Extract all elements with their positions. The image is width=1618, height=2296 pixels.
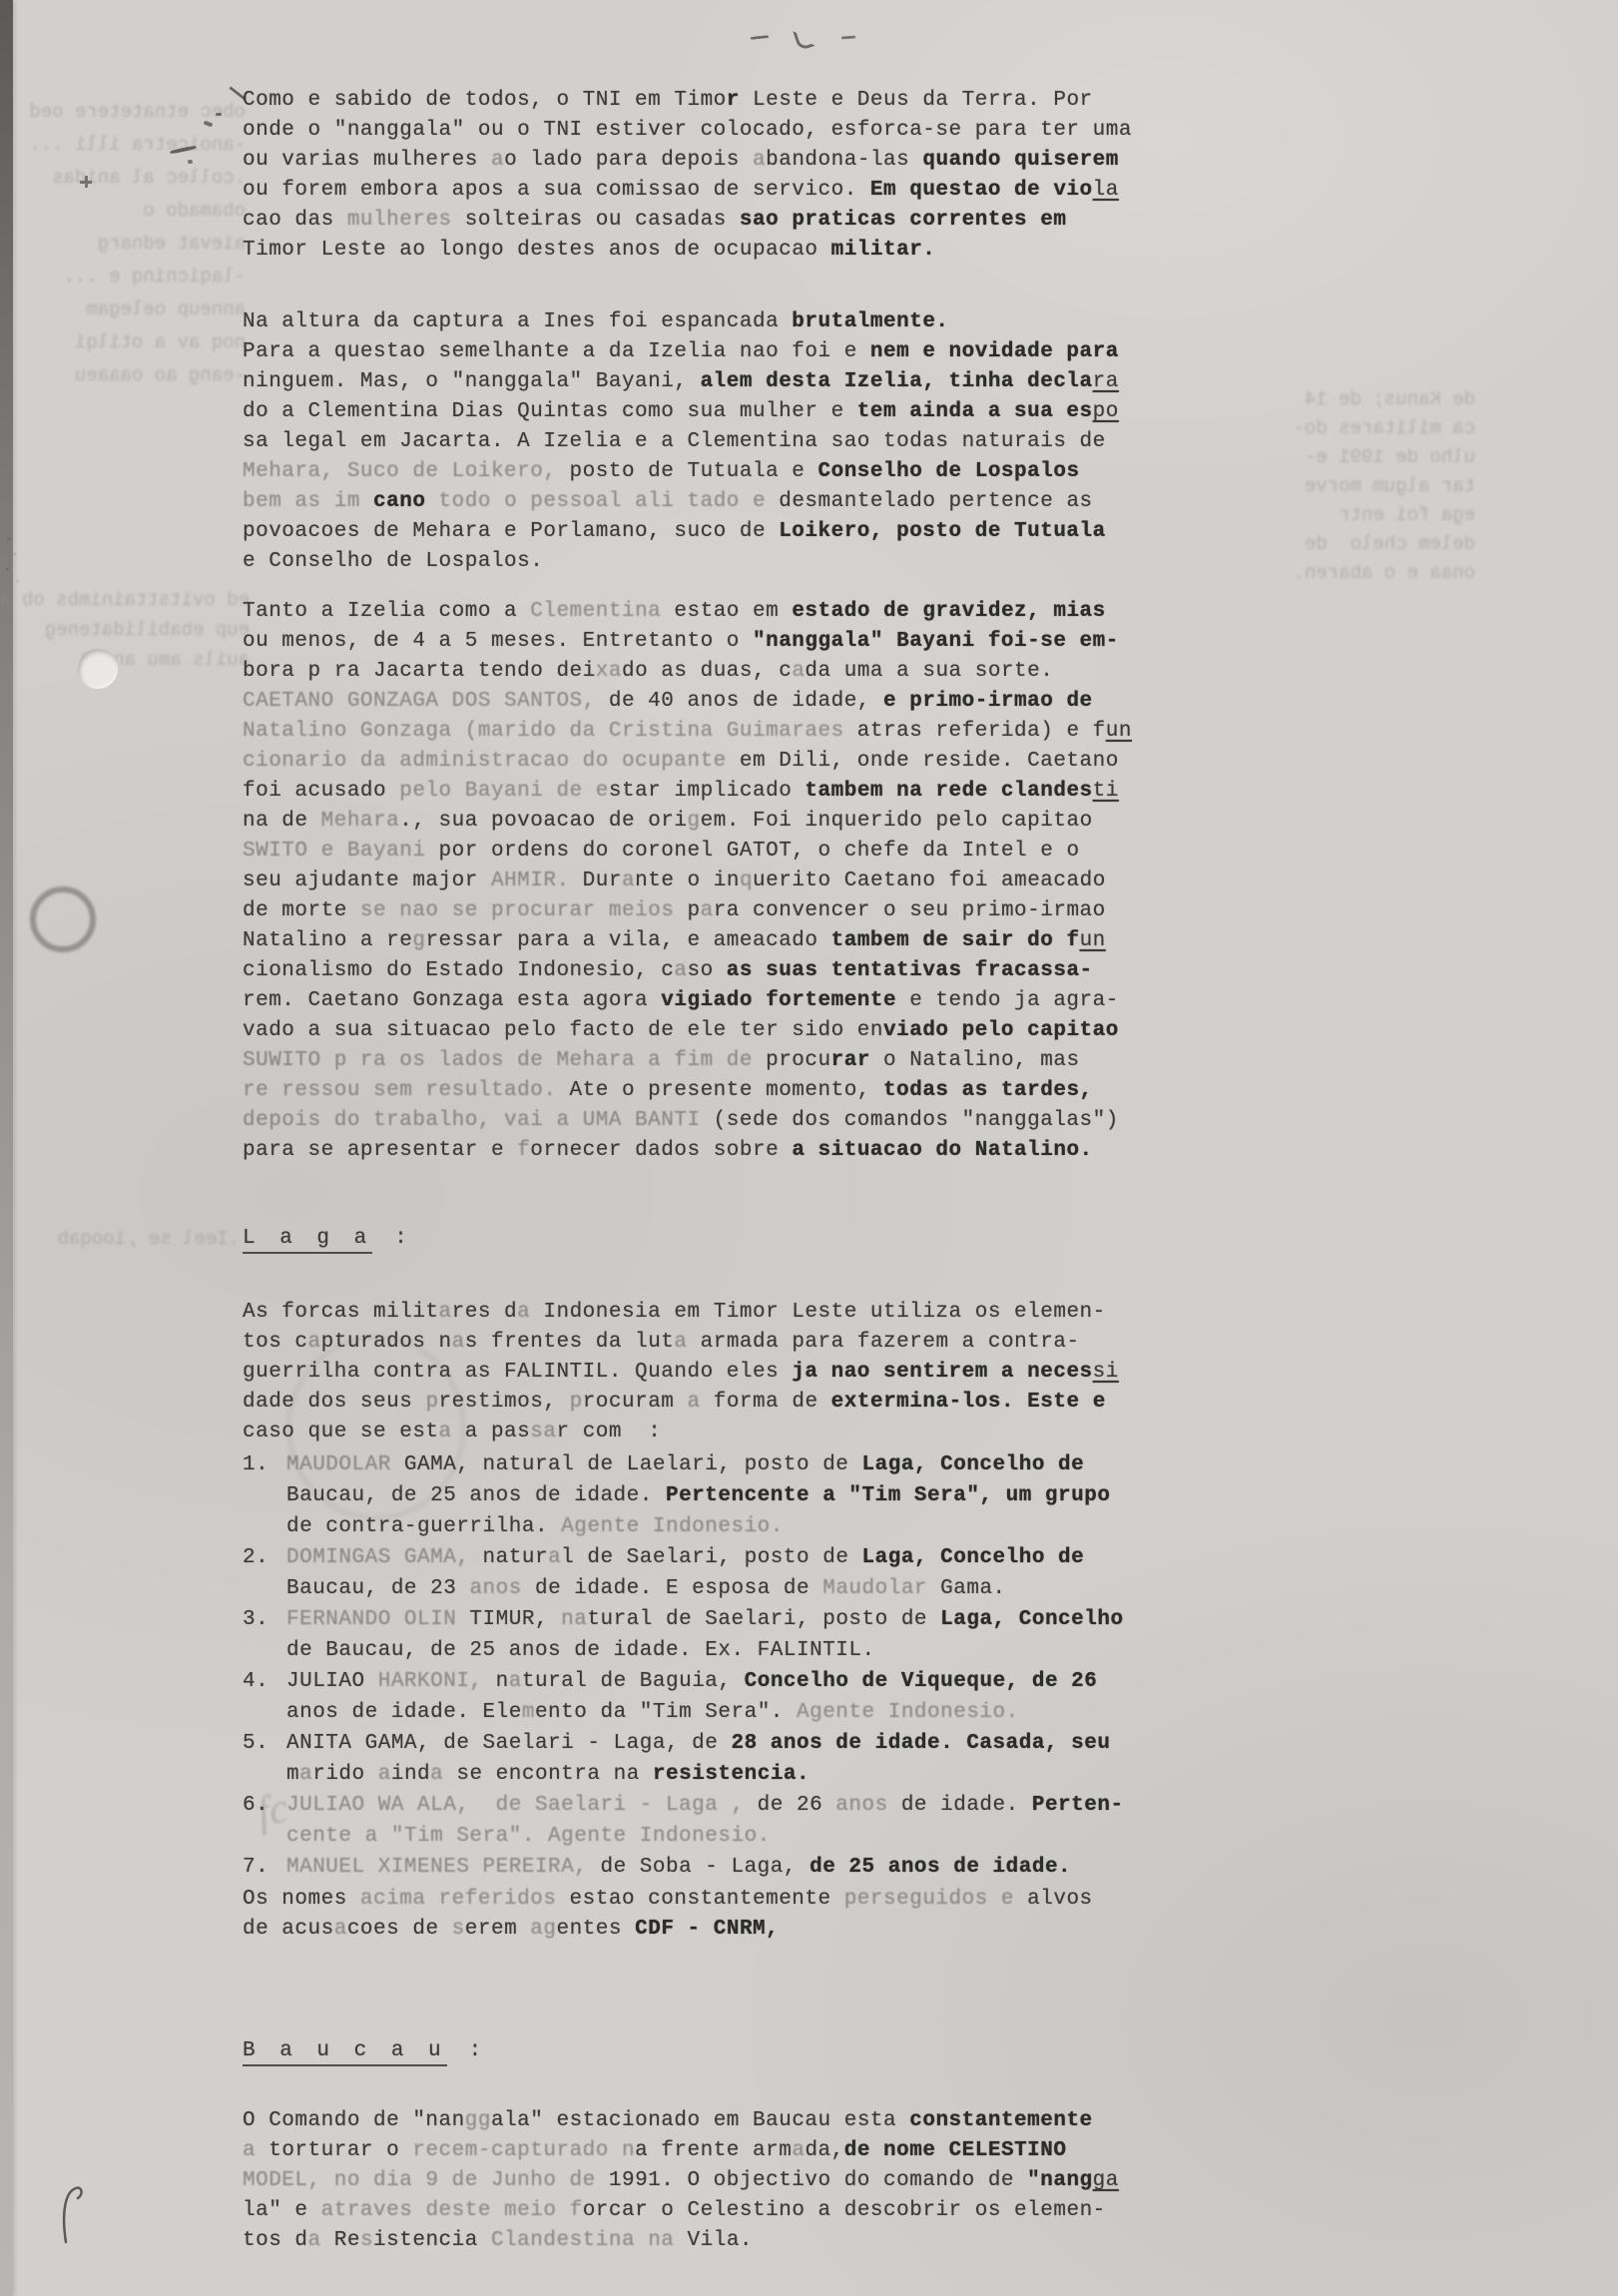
text-line: SUWITO p ra os lados de Mehara a fim de … — [243, 1046, 1161, 1076]
bold-text: cano — [373, 490, 425, 513]
bleed-line: .Ieel se ,iooqab — [50, 1224, 240, 1254]
text-line: ou forem embora apos a sua comissao de s… — [243, 176, 1161, 206]
pen-mark — [188, 160, 193, 164]
pen-stroke-icon — [52, 2182, 86, 2248]
bold-text: Laga, Concelho de — [862, 1546, 1085, 1569]
text-line: cionario da administracao do ocupante em… — [243, 747, 1161, 777]
pen-mark — [793, 26, 815, 51]
text-line: guerrilha contra as FALINTIL. Quando ele… — [243, 1358, 1161, 1388]
bold-text: Concelho de Viqueque, de 26 — [745, 1670, 1098, 1693]
paragraph: O Comando de "nanggala" estacionado em B… — [243, 2106, 1161, 2256]
pen-mark — [841, 36, 855, 40]
text-line: vado a sua situacao pelo facto de ele te… — [243, 1016, 1161, 1046]
faded-text: a — [430, 1763, 443, 1786]
bold-text: CDF - CNRM, — [635, 1918, 779, 1941]
text-line: onde o "nanggala" ou o TNI estiver coloc… — [243, 116, 1161, 146]
bold-text: constantemente — [909, 2109, 1092, 2132]
list-item-number: 6. — [243, 1790, 286, 1852]
text-line: do a Clementina Dias Quintas como sua mu… — [243, 397, 1161, 427]
bleed-line: ca militares do- — [1126, 414, 1475, 443]
underlined-text: un — [1106, 720, 1132, 743]
text-line: para se apresentar e fornecer dados sobr… — [243, 1136, 1161, 1166]
faded-text: a — [792, 2139, 805, 2162]
text-line: de contra-guerrilha. Agente Indonesio. — [286, 1511, 1110, 1542]
hole-punch-shadow-ring — [30, 886, 96, 952]
bold-text: 28 anos de idade. Casada, seu — [731, 1732, 1110, 1755]
underlined-text: la — [1093, 179, 1119, 202]
faded-text: p — [425, 1391, 438, 1414]
pen-mark — [751, 35, 769, 40]
plus-mark — [80, 176, 92, 188]
bold-text: "nanggala" Bayani foi-se em- — [753, 630, 1119, 653]
bold-text: extermina-los. Este e — [831, 1391, 1106, 1414]
bleed-line: aievat ednarg — [28, 228, 246, 261]
text-line: Baucau, de 23 anos de idade. E esposa de… — [286, 1573, 1084, 1604]
faded-text: a — [792, 660, 805, 683]
bold-text: tambem de sair do f — [831, 929, 1080, 952]
faded-text: a — [509, 1670, 522, 1693]
pen-mark — [170, 145, 197, 155]
faded-text: HARKONI, — [378, 1670, 483, 1693]
text-line: JULIAO HARKONI, natural de Baguia, Conce… — [286, 1666, 1097, 1697]
bleed-line: de Kanus; de 14 — [1126, 385, 1475, 414]
bold-text: alem desta Izelia, tinha decla — [701, 370, 1093, 393]
faded-text: a — [674, 959, 687, 982]
list-item-number: 3. — [243, 1604, 286, 1666]
faded-text: Mehara — [321, 810, 400, 833]
text-line: Mehara, Suco de Loikero, posto de Tutual… — [243, 457, 1161, 487]
faded-text: n — [622, 2139, 635, 2162]
text-line: JULIAO WA ALA, de Saelari - Laga , de 26… — [286, 1790, 1124, 1821]
list-item-number: 5. — [243, 1728, 286, 1790]
bleed-line: obec etnatetere oed — [28, 96, 246, 129]
faded-text: MANUEL XIMENES PEREIRA, — [286, 1856, 587, 1879]
text-line: tos da Resistencia Clandestina na Vila. — [243, 2226, 1161, 2256]
faded-text: a — [439, 1421, 452, 1443]
faded-text: a — [701, 899, 714, 922]
faded-text: s — [452, 1918, 465, 1941]
faded-text: a — [334, 1918, 347, 1941]
list-item: 4.JULIAO HARKONI, natural de Baguia, Con… — [243, 1666, 1161, 1728]
faded-text: a — [491, 149, 504, 172]
list-item-body: DOMINGAS GAMA, natural de Saelari, posto… — [286, 1542, 1084, 1604]
faded-text: a — [548, 1546, 561, 1569]
text-line: ou varias mulheres ao lado para depois a… — [243, 146, 1161, 176]
bold-text: brutalmente. — [792, 310, 948, 333]
faded-text: ag — [530, 1918, 556, 1941]
bleed-line: -laqicninq e ... — [28, 261, 246, 293]
paragraph: Na altura da captura a Ines foi espancad… — [243, 307, 1161, 577]
bold-text: de 25 anos de idade. — [809, 1856, 1071, 1879]
faded-text: SWITO e Bayani — [243, 840, 425, 862]
text-line: SWITO e Bayani por ordens do coronel GAT… — [243, 837, 1161, 866]
text-line: cao das mulheres solteiras ou casadas sa… — [243, 206, 1161, 236]
text-line: DOMINGAS GAMA, natural de Saelari, posto… — [286, 1542, 1084, 1573]
faded-text: AHMIR. — [491, 869, 570, 892]
list-item: 6.JULIAO WA ALA, de Saelari - Laga , de … — [243, 1790, 1161, 1852]
text-line: dade dos seus prestimos, procuram a form… — [243, 1388, 1161, 1418]
faded-text: Agente Indonesio. — [797, 1701, 1019, 1724]
faded-text: a — [452, 1331, 465, 1354]
faded-text: FERNANDO OLIN — [286, 1608, 456, 1631]
paragraph: As forcas militares da Indonesia em Timo… — [243, 1298, 1161, 1447]
text-line: bem as im cano todo o pessoal ali tado e… — [243, 487, 1161, 517]
faded-text: Clandestina na — [491, 2229, 674, 2252]
faded-text: JULIAO WA ALA, de Saelari - Laga , — [286, 1794, 745, 1817]
numbered-list: 1.MAUDOLAR GAMA, natural de Laelari, pos… — [243, 1449, 1161, 1883]
faded-text: bem as im — [243, 490, 373, 513]
underlined-text: ra — [1093, 370, 1119, 393]
list-item-body: JULIAO WA ALA, de Saelari - Laga , de 26… — [286, 1790, 1124, 1852]
bold-text: tambem na rede clandes — [805, 780, 1092, 803]
bold-text: militar. — [831, 239, 936, 262]
bold-text: quando quiserem — [922, 149, 1119, 172]
text-line: anos de idade. Elemento da "Tim Sera". A… — [286, 1697, 1097, 1728]
faded-text: a — [622, 869, 635, 892]
page-edge-shadow — [0, 0, 13, 2296]
faded-text: p — [570, 1391, 583, 1414]
bold-text: a situacao do Natalino. — [792, 1139, 1092, 1162]
text-line: la" e atraves deste meio forcar o Celest… — [243, 2196, 1161, 2226]
text-line: MAUDOLAR GAMA, natural de Laelari, posto… — [286, 1449, 1110, 1480]
bold-text: tem ainda a sua es — [857, 400, 1093, 423]
faded-text: Mehara, Suco de Loikero, — [243, 460, 556, 483]
bleed-text: obec etnatetere oed-anoicetra illi ....c… — [28, 96, 246, 392]
bleed-line: eup ebabilidateneg — [26, 615, 250, 645]
faded-text: s — [360, 2229, 373, 2252]
bleed-text: ed ovitsttainimbs ob aonsSeup ebabilidat… — [26, 585, 250, 675]
faded-text: xa — [596, 660, 622, 683]
underlined-text: po — [1093, 400, 1119, 423]
list-item-body: JULIAO HARKONI, natural de Baguia, Conce… — [286, 1666, 1097, 1728]
faded-text: na — [561, 1608, 587, 1631]
heading-text: L a g a — [243, 1227, 372, 1254]
list-item-number: 1. — [243, 1449, 286, 1542]
faded-text: acima referidos — [360, 1888, 557, 1911]
text-line: CAETANO GONZAGA DOS SANTOS, de 40 anos d… — [243, 687, 1161, 717]
faded-text: m — [522, 1701, 535, 1724]
bleed-line: onaa e o abaren. — [1126, 559, 1475, 588]
text-line: O Comando de "nanggala" estacionado em B… — [243, 2106, 1161, 2136]
bold-text: vigiado fortemente — [661, 989, 896, 1012]
text-line: Na altura da captura a Ines foi espancad… — [243, 307, 1161, 337]
section-heading: B a u c a u: — [243, 2036, 1161, 2066]
faded-text: q — [740, 869, 753, 892]
faded-text: mulheres — [347, 209, 452, 232]
list-item-body: FERNANDO OLIN TIMUR, natural de Saelari,… — [286, 1604, 1124, 1666]
text-line: bora p ra Jacarta tendo deixado as duas,… — [243, 657, 1161, 687]
bleed-text: de Kanus; de 14ca militares do-ulho de 1… — [1126, 385, 1475, 588]
bold-text: Pertencente a "Tim Sera", um grupo — [666, 1484, 1110, 1507]
faded-text: se nao se procurar meios — [360, 899, 674, 922]
text-line: depois do trabalho, vai a UMA BANTI (sed… — [243, 1106, 1161, 1136]
faded-text: a — [299, 1763, 312, 1786]
bleed-line: obamado o — [28, 195, 246, 228]
faded-text: todo o pessoal ali tado e — [425, 490, 766, 513]
bold-text: Laga, Concelho de — [862, 1453, 1085, 1476]
faded-text: a — [688, 1391, 701, 1414]
bold-text: Laga, Concelho — [940, 1608, 1123, 1631]
pen-mark — [216, 113, 222, 116]
text-line: tos capturados nas frentes da luta armad… — [243, 1328, 1161, 1358]
faded-text: g — [688, 810, 701, 833]
faded-text: DOMINGAS GAMA, — [286, 1546, 469, 1569]
faded-text: a — [308, 2229, 321, 2252]
text-line: sa legal em Jacarta. A Izelia e a Clemen… — [243, 427, 1161, 457]
faded-text: CAETANO GONZAGA DOS SANTOS, — [243, 690, 596, 713]
bold-text: estado de gravidez, mias — [792, 600, 1105, 623]
text-line: Os nomes acima referidos estao constante… — [243, 1885, 1161, 1915]
bold-text: viado pelo capitao — [883, 1019, 1119, 1042]
section-heading: L a g a: — [243, 1224, 1161, 1254]
faded-text: Clementina — [530, 600, 661, 623]
list-item-number: 7. — [243, 1852, 286, 1883]
faded-text: a — [378, 1763, 391, 1786]
bold-text: e primo-irmao de — [883, 690, 1093, 713]
list-item-body: MANUEL XIMENES PEREIRA, de Soba - Laga, … — [286, 1852, 1071, 1883]
pen-mark — [204, 121, 214, 128]
faded-text: a — [753, 149, 766, 172]
text-line: ou menos, de 4 a 5 meses. Entretanto o "… — [243, 627, 1161, 657]
underlined-text: si — [1093, 1361, 1119, 1384]
bold-text: r — [727, 89, 740, 112]
ink-speckle — [2, 527, 24, 587]
text-line: marido ainda se encontra na resistencia. — [286, 1759, 1110, 1790]
text-line: foi acusado pelo Bayani de estar implica… — [243, 777, 1161, 807]
text-line: caso que se esta a passar com : — [243, 1418, 1161, 1447]
underlined-text: ga — [1093, 2169, 1119, 2192]
bleed-line: anneup oelegam — [28, 293, 246, 326]
faded-text: atraves deste meio — [321, 2199, 557, 2222]
text-line: As forcas militares da Indonesia em Timo… — [243, 1298, 1161, 1328]
text-line: cionalismo do Estado Indonesio, caso as … — [243, 956, 1161, 986]
faded-text: cionario da administracao do ocupante — [243, 750, 727, 773]
text-line: e Conselho de Lospalos. — [243, 547, 1161, 577]
faded-text: Maudolar — [822, 1577, 927, 1600]
faded-text: cente a "Tim Sera". Agente Indonesio. — [286, 1825, 771, 1848]
bold-text: de nome CELESTINO — [844, 2139, 1067, 2162]
faded-text: MODEL, no dia 9 de Junho de — [243, 2169, 596, 2192]
faded-text: a — [243, 2139, 256, 2162]
scanned-page: obec etnatetere oed-anoicetra illi ....c… — [0, 0, 1618, 2296]
bleed-line: -anoicetra illi ... — [28, 129, 246, 162]
bleed-text: .Ieel se ,iooqab — [50, 1224, 240, 1254]
bold-text: as suas tentativas fracassa- — [727, 959, 1093, 982]
faded-text: gg — [465, 2109, 491, 2132]
list-item-body: MAUDOLAR GAMA, natural de Laelari, posto… — [286, 1449, 1110, 1542]
text-line: seu ajudante major AHMIR. Durante o inqu… — [243, 866, 1161, 896]
bold-text: nem e novidade para — [870, 340, 1119, 363]
list-item: 1.MAUDOLAR GAMA, natural de Laelari, pos… — [243, 1449, 1161, 1542]
bold-text: rar — [831, 1049, 870, 1072]
bold-text: Perten- — [1032, 1794, 1124, 1817]
bold-text: Conselho de Lospalos — [818, 460, 1080, 483]
bleed-line: ulho de 1991 e- — [1126, 443, 1475, 472]
faded-text: perseguidos e — [844, 1888, 1014, 1911]
list-item: 5.ANITA GAMA, de Saelari - Laga, de 28 a… — [243, 1728, 1161, 1790]
pen-mark — [52, 2182, 86, 2253]
faded-text: a — [674, 1331, 687, 1354]
underlined-text: ti — [1093, 780, 1119, 803]
text-line: na de Mehara., sua povoacao de origem. F… — [243, 807, 1161, 837]
text-line: cente a "Tim Sera". Agente Indonesio. — [286, 1821, 1124, 1852]
bleed-line: delem chelo de — [1126, 530, 1475, 559]
bleed-line: .collec al anidas — [28, 162, 246, 195]
text-line: re ressou sem resultado. Ate o presente … — [243, 1076, 1161, 1106]
bold-text: sao praticas correntes em — [740, 209, 1067, 232]
bold-text: "nang — [1027, 2169, 1093, 2192]
bold-text: Em questao de vio — [870, 179, 1093, 202]
text-line: Para a questao semelhante a da Izelia na… — [243, 337, 1161, 367]
faded-text: MAUDOLAR — [286, 1453, 391, 1476]
bleed-line: tar algum morve — [1126, 472, 1475, 501]
paragraph: Como e sabido de todos, o TNI em Timor L… — [243, 86, 1161, 266]
paragraph: Os nomes acima referidos estao constante… — [243, 1885, 1161, 1945]
heading-text: B a u c a u — [243, 2039, 447, 2066]
text-line: de acusacoes de serem agentes CDF - CNRM… — [243, 1915, 1161, 1945]
faded-text: sa — [530, 1421, 556, 1443]
bleed-line: noq av a otilqi — [28, 326, 246, 359]
list-item-body: ANITA GAMA, de Saelari - Laga, de 28 ano… — [286, 1728, 1110, 1790]
faded-text: a — [439, 1301, 452, 1324]
underlined-text: un — [1080, 929, 1106, 952]
faded-text: anos — [469, 1577, 521, 1600]
list-item: 7.MANUEL XIMENES PEREIRA, de Soba - Laga… — [243, 1852, 1161, 1883]
bold-text: ja nao sentirem a neces — [792, 1361, 1092, 1384]
faded-text: anos — [835, 1794, 887, 1817]
list-item-number: 4. — [243, 1666, 286, 1728]
faded-text: a — [308, 1331, 321, 1354]
text-line: Como e sabido de todos, o TNI em Timor L… — [243, 86, 1161, 116]
text-line: Timor Leste ao longo destes anos de ocup… — [243, 236, 1161, 266]
faded-text: depois do trabalho, vai a UMA BANTI — [243, 1109, 701, 1132]
text-line: rem. Caetano Gonzaga esta agora vigiado … — [243, 986, 1161, 1016]
text-line: ninguem. Mas, o "nanggala" Bayani, alem … — [243, 367, 1161, 397]
faded-text: pelo Bayani de e — [399, 780, 609, 803]
text-line: MANUEL XIMENES PEREIRA, de Soba - Laga, … — [286, 1852, 1071, 1883]
text-line: Baucau, de 25 anos de idade. Pertencente… — [286, 1480, 1110, 1511]
list-item-number: 2. — [243, 1542, 286, 1604]
text-line: ANITA GAMA, de Saelari - Laga, de 28 ano… — [286, 1728, 1110, 1759]
list-item: 3.FERNANDO OLIN TIMUR, natural de Saelar… — [243, 1604, 1161, 1666]
text-line: de morte se nao se procurar meios para c… — [243, 896, 1161, 926]
text-line: Tanto a Izelia como a Clementina estao e… — [243, 597, 1161, 627]
faded-text: f — [570, 2199, 583, 2222]
heading-colon: : — [469, 2039, 484, 2062]
text-line: a torturar o recem-capturado na frente a… — [243, 2136, 1161, 2166]
bleed-line: ed ovitsttainimbs ob aonsS — [26, 585, 250, 615]
bold-text: Loikero, posto de Tutuala — [779, 520, 1106, 543]
text-line: Natalino a regressar para a vila, e amea… — [243, 926, 1161, 956]
faded-text: f — [517, 1139, 530, 1162]
faded-text: g — [412, 929, 425, 952]
bleed-line: -eang ao oaaaeu — [28, 359, 246, 392]
bleed-line: ega foi entr — [1126, 501, 1475, 530]
text-column: Como e sabido de todos, o TNI em Timor L… — [243, 86, 1161, 2256]
text-line: FERNANDO OLIN TIMUR, natural de Saelari,… — [286, 1604, 1124, 1635]
text-line: Natalino Gonzaga (marido da Cristina Gui… — [243, 717, 1161, 747]
text-line: MODEL, no dia 9 de Junho de 1991. O obje… — [243, 2166, 1161, 2196]
faded-text: a — [517, 1301, 530, 1324]
list-item: 2.DOMINGAS GAMA, natural de Saelari, pos… — [243, 1542, 1161, 1604]
hole-punch — [78, 649, 118, 689]
bold-text: resistencia. — [653, 1763, 809, 1786]
heading-colon: : — [394, 1227, 409, 1250]
faded-text: recem-capturado — [412, 2139, 609, 2162]
faded-text: Natalino Gonzaga (marido da Cristina Gui… — [243, 720, 844, 743]
paragraph: Tanto a Izelia como a Clementina estao e… — [243, 597, 1161, 1166]
text-line: de Baucau, de 25 anos de idade. Ex. FALI… — [286, 1635, 1124, 1666]
text-line: povoacoes de Mehara e Porlamano, suco de… — [243, 517, 1161, 547]
bold-text: todas as tardes, — [883, 1079, 1093, 1102]
faded-text: SUWITO p ra os lados de Mehara a fim de — [243, 1049, 753, 1072]
faded-text: re ressou sem resultado. — [243, 1079, 556, 1102]
bleed-line: auils amu aniet — [26, 645, 250, 675]
faded-text: Agente Indonesio. — [561, 1515, 784, 1538]
